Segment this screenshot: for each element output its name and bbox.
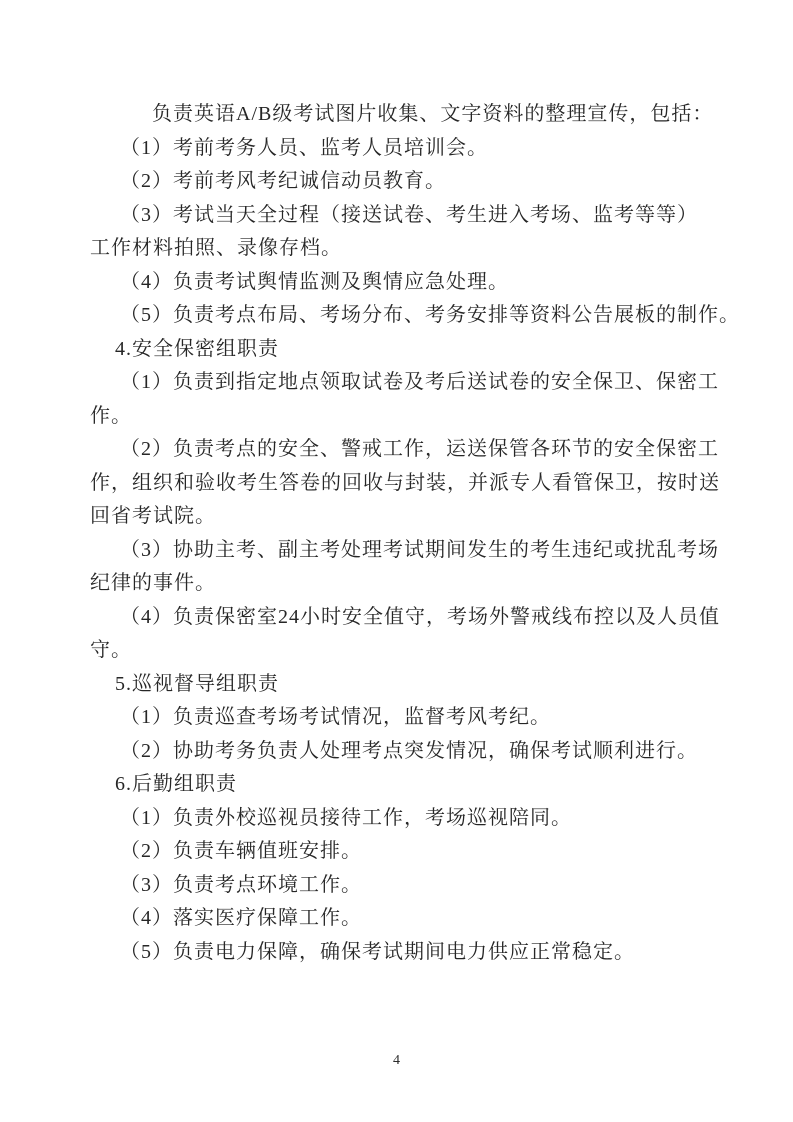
list-item-line: （5）负责电力保障，确保考试期间电力供应正常稳定。: [90, 936, 733, 970]
continuation-line: 工作材料拍照、录像存档。: [90, 232, 733, 266]
continuation-line: 纪律的事件。: [90, 567, 733, 601]
list-item-line: （2）协助考务负责人处理考点突发情况，确保考试顺利进行。: [90, 735, 733, 769]
document-page: 负责英语A/B级考试图片收集、文字资料的整理宣传，包括： （1）考前考务人员、监…: [0, 0, 793, 1122]
section-heading: 4.安全保密组职责: [90, 333, 733, 367]
list-item-line: （1）考前考务人员、监考人员培训会。: [90, 132, 733, 166]
list-item-line: （3）负责考点环境工作。: [90, 869, 733, 903]
list-item-line: （4）落实医疗保障工作。: [90, 902, 733, 936]
continuation-line: 作，组织和验收考生答卷的回收与封装，并派专人看管保卫，按时送: [90, 467, 733, 501]
list-item-line: （2）考前考风考纪诚信动员教育。: [90, 165, 733, 199]
list-item-line: （4）负责保密室24小时安全值守，考场外警戒线布控以及人员值: [90, 601, 733, 635]
paragraph-line: 负责英语A/B级考试图片收集、文字资料的整理宣传，包括：: [90, 98, 733, 132]
list-item-line: （4）负责考试舆情监测及舆情应急处理。: [90, 266, 733, 300]
continuation-line: 守。: [90, 634, 733, 668]
section-heading: 6.后勤组职责: [90, 768, 733, 802]
continuation-line: 回省考试院。: [90, 500, 733, 534]
list-item-line: （1）负责到指定地点领取试卷及考后送试卷的安全保卫、保密工: [90, 366, 733, 400]
document-body: 负责英语A/B级考试图片收集、文字资料的整理宣传，包括： （1）考前考务人员、监…: [90, 98, 733, 969]
continuation-line: 作。: [90, 400, 733, 434]
section-heading: 5.巡视督导组职责: [90, 668, 733, 702]
list-item-line: （3）协助主考、副主考处理考试期间发生的考生违纪或扰乱考场: [90, 534, 733, 568]
list-item-line: （5）负责考点布局、考场分布、考务安排等资料公告展板的制作。: [90, 299, 733, 333]
list-item-line: （3）考试当天全过程（接送试卷、考生进入考场、监考等等）: [90, 199, 733, 233]
list-item-line: （2）负责考点的安全、警戒工作，运送保管各环节的安全保密工: [90, 433, 733, 467]
list-item-line: （1）负责巡查考场考试情况，监督考风考纪。: [90, 701, 733, 735]
list-item-line: （1）负责外校巡视员接待工作，考场巡视陪同。: [90, 802, 733, 836]
page-number: 4: [0, 1052, 793, 1070]
list-item-line: （2）负责车辆值班安排。: [90, 835, 733, 869]
